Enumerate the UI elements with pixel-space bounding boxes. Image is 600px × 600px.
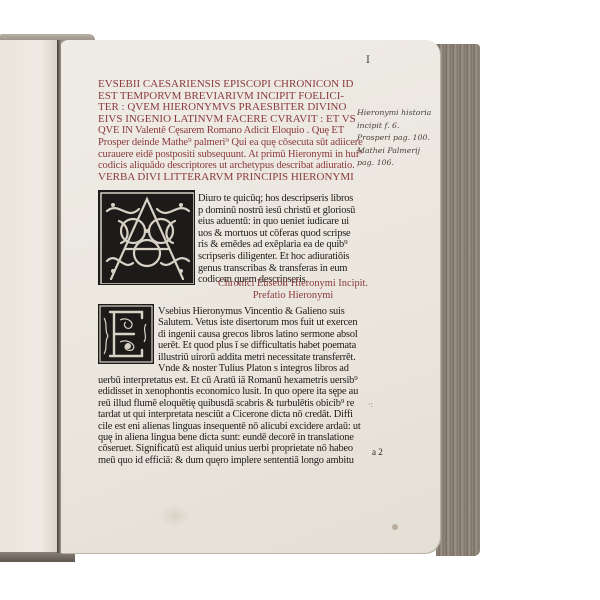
text-line: meū quo id efficiā: & dum quęro implere … xyxy=(98,455,388,466)
margin-mark: ·: xyxy=(368,400,373,409)
annotation-line: incipit f. 6. xyxy=(357,120,437,133)
preface-continuation: uerbū interpretatus est. Et cū Aratū iā … xyxy=(98,375,388,466)
text-line: quę in aliena lingua bene dicta sunt: eu… xyxy=(98,432,388,443)
left-page xyxy=(0,40,59,554)
text-line: di ingenii causa grecos libros latino se… xyxy=(158,329,390,340)
signature-mark-bottom: a 2 xyxy=(372,447,383,457)
rubric-line: Prefatio Hieronymi xyxy=(198,290,388,302)
rubric-line: Chronici Eusebii Hieronymi Incipit. xyxy=(198,278,388,290)
text-line: ris & emēdes ad exēplaria ea de quib⁹ xyxy=(198,239,388,251)
text-line: eius aduentū: in quo ueniet iudicare ui xyxy=(198,216,388,228)
heading-line: codicis aliquādo descriptores ut archety… xyxy=(98,160,363,172)
manuscript-marginalia: Hieronymi historia incipit f. 6. Prosper… xyxy=(357,107,437,170)
heading-line: curauere eidē postpositi subsequunt. At … xyxy=(98,149,363,161)
text-line: p dominū nostrū iesū christū et gloriosū xyxy=(198,205,388,217)
text-line: Diuro te quicūq; hos descripseris libros xyxy=(198,193,388,205)
heading-line: QVE IN Valentē Cęsarem Romano Adicit Elo… xyxy=(98,125,363,137)
annotation-line: Prosperi pag. 100. xyxy=(357,132,437,145)
preface-opening: Vsebius Hieronymus Vincentio & Galieno s… xyxy=(158,306,390,374)
heading-line: EIVS INGENIO LATINVM FACERE CVRAVIT : ET… xyxy=(98,114,363,126)
paragraph-oath: Diuro te quicūq; hos descripseris libros… xyxy=(198,193,388,286)
woodcut-initial-e-icon xyxy=(98,304,154,364)
folio-mark-top: I xyxy=(366,55,370,66)
page-edges-block xyxy=(436,44,480,556)
heading-line: EVSEBII CAESARIENSIS EPISCOPI CHRONICON … xyxy=(98,79,363,91)
text-line: cōseruet. Significatū est aliquid unius … xyxy=(98,443,388,454)
woodcut-initial-a-icon xyxy=(98,190,195,285)
text-line: Vnde & noster Tulius Platon s integros l… xyxy=(158,363,390,374)
rubric-incipit: Chronici Eusebii Hieronymi Incipit. Pref… xyxy=(198,278,388,302)
gutter-fold xyxy=(57,40,61,553)
annotation-line: Mathei Palmerij xyxy=(357,145,437,158)
text-line: uerbū interpretatus est. Et cū Aratū iā … xyxy=(98,375,388,386)
text-line: uos & mortuos ut cōferas quod scripse xyxy=(198,228,388,240)
heading-line: EST TEMPORVM BREVIARIVM INCIPIT FOELICI- xyxy=(98,91,363,103)
foxing-spot xyxy=(392,524,398,530)
text-line: edidisset in xenophontis economico lusit… xyxy=(98,386,388,397)
text-line: illustriū uirorū addita metri necessitat… xyxy=(158,352,390,363)
text-line: scripseris diligenter. Et hoc adiuratiōi… xyxy=(198,251,388,263)
heading-line: TER : QVEM HIERONYMVS PRAESBITER DIVINO xyxy=(98,102,363,114)
text-line: Vsebius Hieronymus Vincentio & Galieno s… xyxy=(158,306,390,317)
rubricated-heading: EVSEBII CAESARIENSIS EPISCOPI CHRONICON … xyxy=(98,79,363,183)
heading-line: Prosper deinde Mathe⁹ palmeri⁹ Qui ea qu… xyxy=(98,137,363,149)
heading-line: VERBA DIVI LITTERARVM PRINCIPIS HIERONYM… xyxy=(98,172,363,184)
text-line: cile est eni alienas linguas insequentē … xyxy=(98,421,388,432)
text-line: genus transcribas & transferas in eum xyxy=(198,263,388,275)
text-line: uerēt. Et quod plus ī se difficultatis h… xyxy=(158,340,390,351)
text-line: Salutem. Vetus iste disertorum mos fuit … xyxy=(158,317,390,328)
annotation-line: Hieronymi historia xyxy=(357,107,437,120)
foxing-stain xyxy=(160,505,190,527)
text-line: reū illud flumē eloquētię quibusdā scabr… xyxy=(98,398,388,409)
annotation-line: pag. 106. xyxy=(357,157,437,170)
open-book: I EVSEBII CAESARIENSIS EPISCOPI CHRONICO… xyxy=(0,0,600,600)
left-page-bottom-edge xyxy=(0,552,75,562)
text-line: tardat ut qui interpretata nesciūt a Cic… xyxy=(98,409,388,420)
